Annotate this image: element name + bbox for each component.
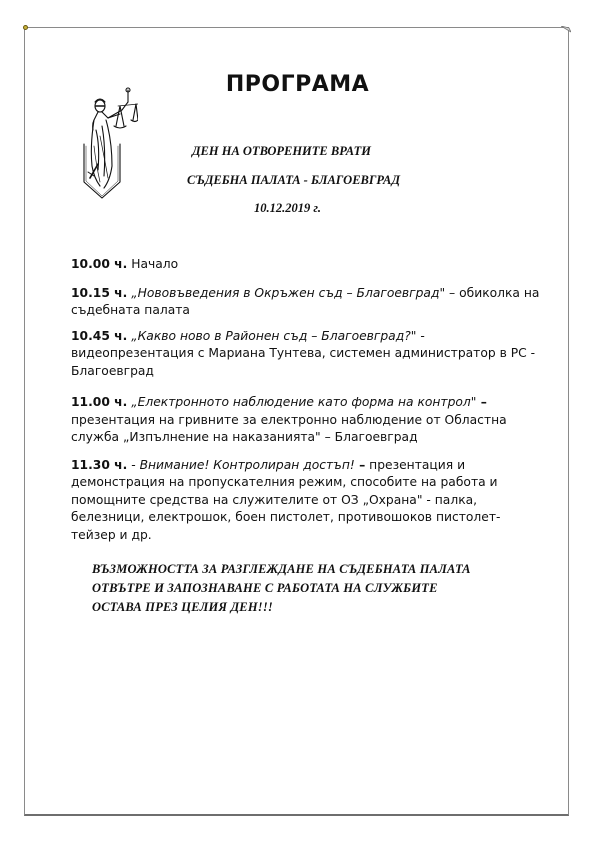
program-text: – [355,458,365,472]
program-time: 11.00 ч. [71,395,127,409]
program-time: 11.30 ч. [71,458,127,472]
program-item: 11.30 ч. - Внимание! Контролиран достъп!… [71,457,541,545]
program-item: 11.00 ч. „Електронното наблюдение като ф… [71,394,541,447]
program-text: „Нововъведения в Окръжен съд – Благоевгр… [127,286,445,300]
program-item: 10.00 ч. Начало [71,256,541,274]
program-text: - [127,458,139,472]
program-text: Начало [127,257,178,271]
subtitle-date: 10.12.2019 г. [254,201,321,216]
notice-line: ОСТАВА ПРЕЗ ЦЕЛИЯ ДЕН!!! [92,598,542,617]
program-time: 10.15 ч. [71,286,127,300]
title-text: ПРОГРАМА [226,72,369,97]
program-time: 10.00 ч. [71,257,127,271]
anchor-icon[interactable] [23,25,28,30]
page-corner-fold-icon [561,26,571,34]
notice-line: ВЪЗМОЖНОСТТА ЗА РАЗГЛЕЖДАНЕ НА СЪДЕБНАТА… [92,560,542,579]
closing-notice: ВЪЗМОЖНОСТТА ЗА РАЗГЛЕЖДАНЕ НА СЪДЕБНАТА… [92,560,542,617]
program-item: 10.15 ч. „Нововъведения в Окръжен съд – … [71,285,541,320]
program-text: презентация на гривните за електронно на… [71,413,507,445]
program-text: – [476,395,486,409]
program-item: 10.45 ч. „Какво ново в Районен съд – Бла… [71,328,541,381]
notice-line: ОТВЪТРЕ И ЗАПОЗНАВАНЕ С РАБОТАТА НА СЛУЖ… [92,579,542,598]
program-list: 10.00 ч. Начало10.15 ч. „Нововъведения в… [71,256,541,552]
lady-justice-icon [82,86,138,200]
program-text: „Какво ново в Районен съд – Благоевград?… [127,329,416,343]
program-time: 10.45 ч. [71,329,127,343]
program-text: Внимание! Контролиран достъп! [140,458,355,472]
program-text: „Електронното наблюдение като форма на к… [127,395,476,409]
subtitle-event: ДЕН НА ОТВОРЕНИТЕ ВРАТИ [192,144,371,159]
subtitle-institution: СЪДЕБНА ПАЛАТА - БЛАГОЕВГРАД [187,173,400,188]
